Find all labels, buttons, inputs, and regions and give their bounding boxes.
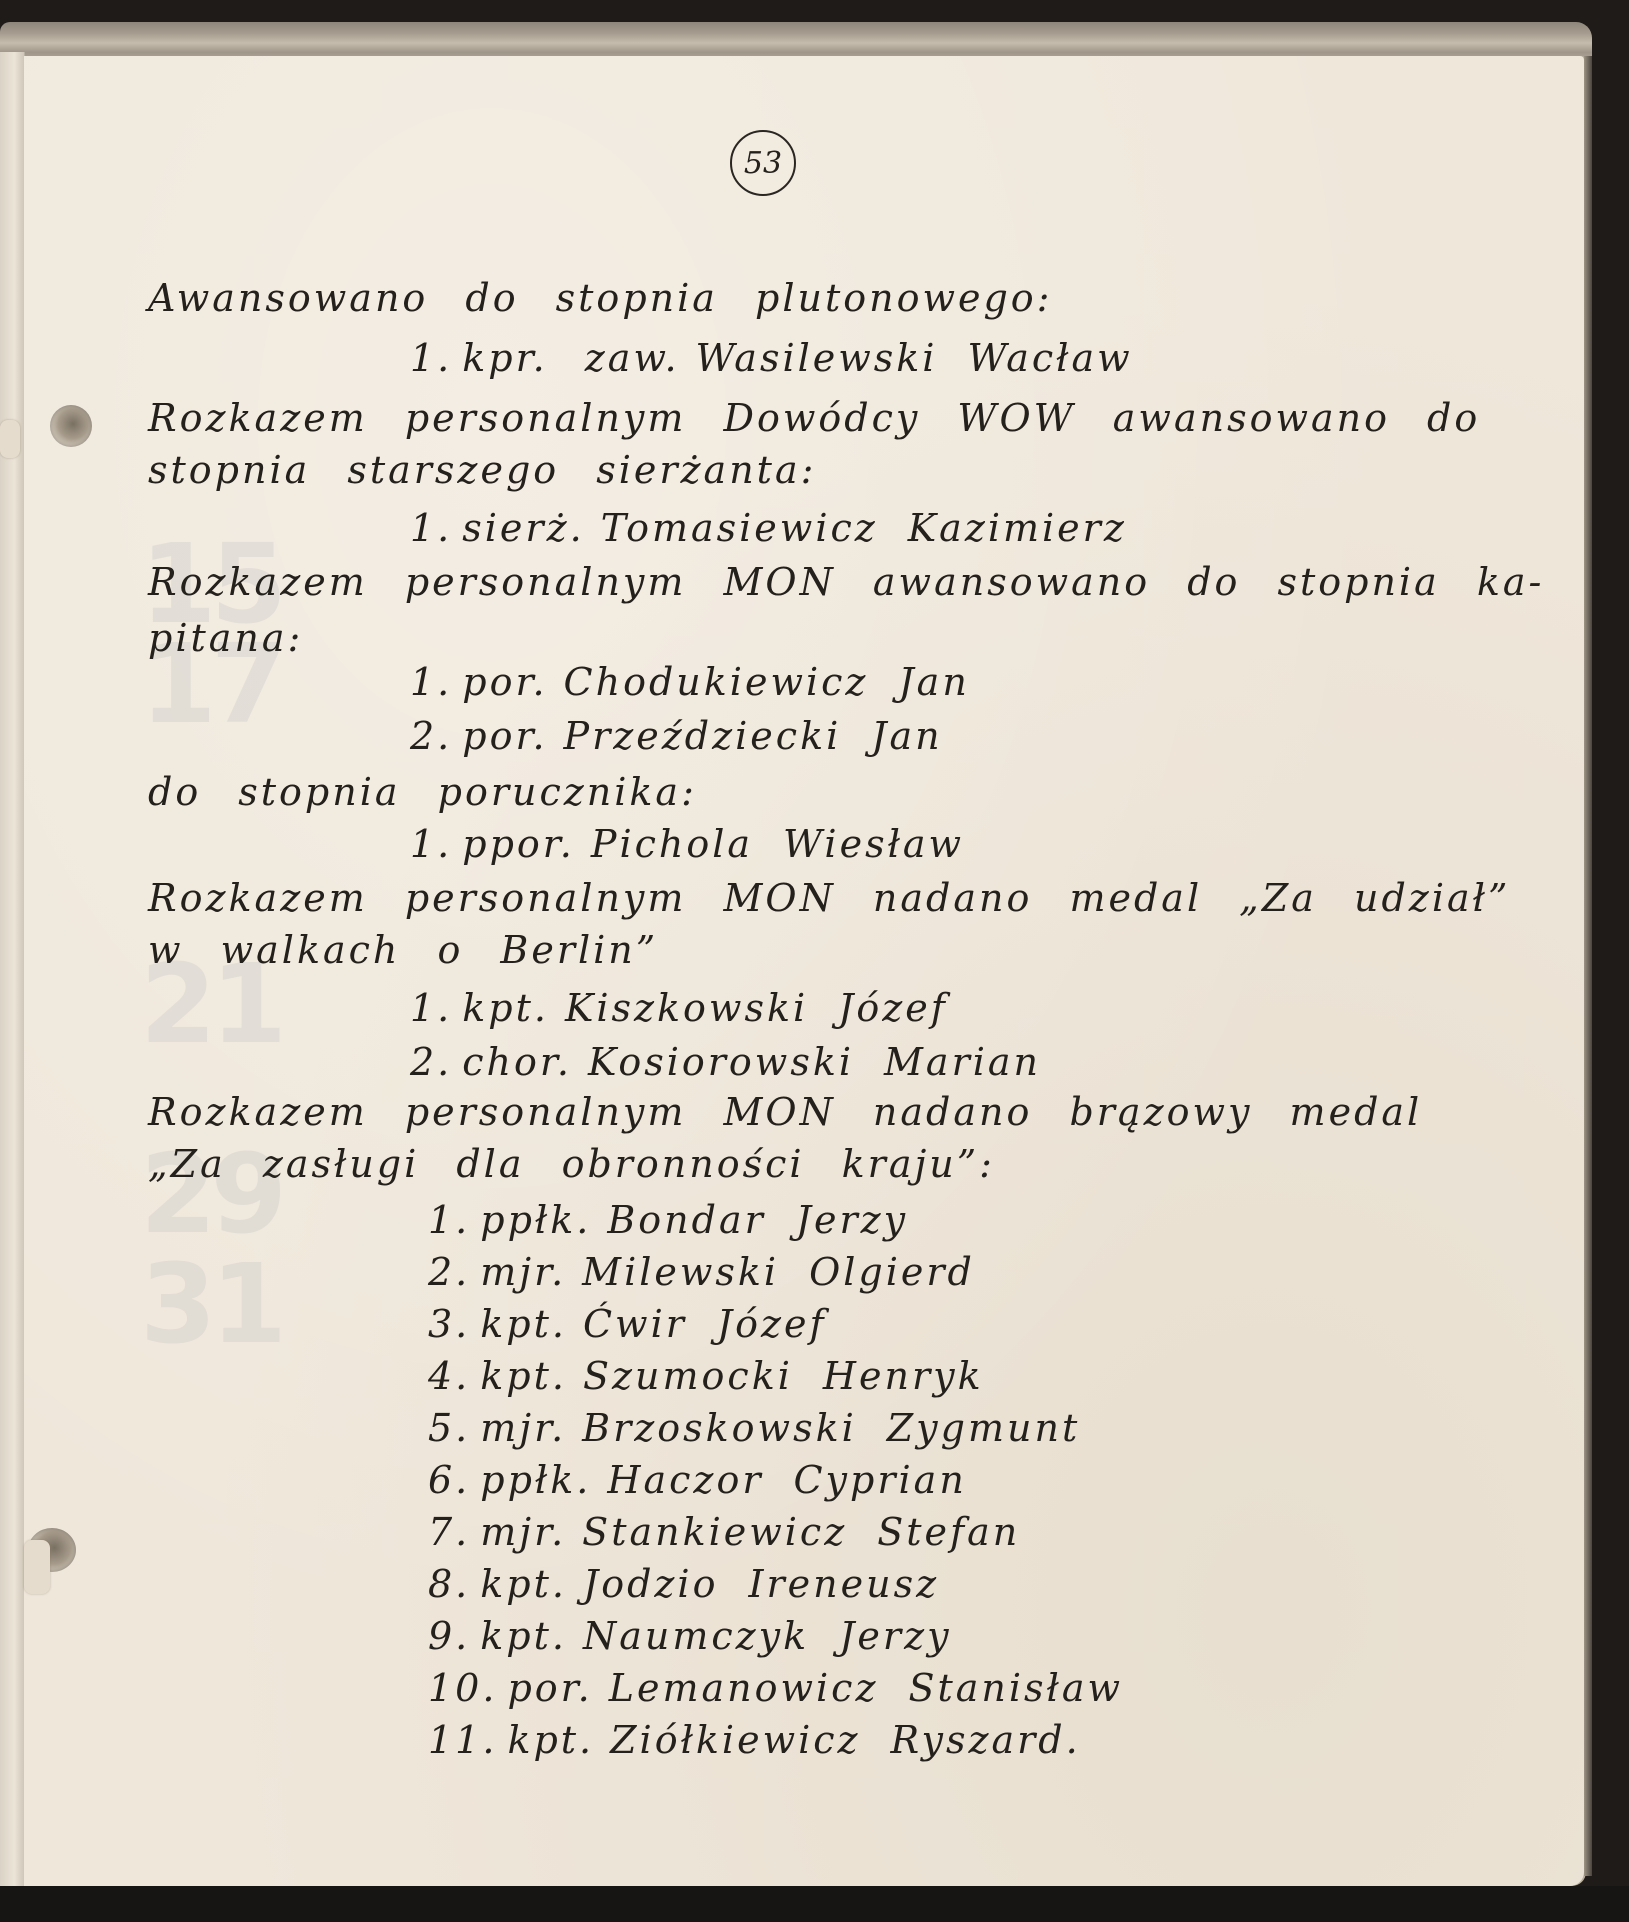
- entry-surname: Naumczyk: [583, 1614, 809, 1658]
- entry-surname: Milewski: [582, 1250, 779, 1294]
- entry-rank: por.: [462, 660, 547, 704]
- list-item: 1.sierż.TomasiewiczKazimierz: [410, 506, 1127, 550]
- entry-rank: sierż.: [462, 506, 584, 550]
- entry-number: 1.: [428, 1198, 470, 1242]
- entry-first-name: Jerzy: [796, 1198, 908, 1242]
- entry-surname: Brzoskowski: [582, 1406, 857, 1450]
- list-item: 4.kpt.SzumockiHenryk: [428, 1354, 984, 1398]
- list-item: 11.kpt.ZiółkiewiczRyszard.: [428, 1718, 1081, 1762]
- list-item: 1.por.ChodukiewiczJan: [410, 660, 970, 704]
- entry-surname: Wasilewski: [696, 336, 938, 380]
- entry-number: 1.: [410, 986, 452, 1030]
- entry-number: 11.: [428, 1718, 497, 1762]
- entry-first-name: Jerzy: [839, 1614, 951, 1658]
- entry-surname: Stankiewicz: [582, 1510, 847, 1554]
- entry-rank: mjr.: [480, 1406, 566, 1450]
- entry-number: 2.: [428, 1250, 470, 1294]
- entry-surname: Kiszkowski: [565, 986, 808, 1030]
- entry-surname: Bondar: [607, 1198, 765, 1242]
- list-item: 6.ppłk.HaczorCyprian: [428, 1458, 967, 1502]
- entry-surname: Ziółkiewicz: [610, 1718, 860, 1762]
- binding-hole-top: [50, 405, 92, 447]
- page-edge-shadow: [1584, 56, 1592, 1876]
- binding-thread: [0, 420, 20, 458]
- entry-rank: por.: [462, 714, 547, 758]
- entry-surname: Kosiorowski: [588, 1040, 854, 1084]
- entry-surname: Haczor: [607, 1458, 763, 1502]
- binding-strip: [0, 52, 25, 1922]
- list-item: 1.kpr. zaw.WasilewskiWacław: [410, 336, 1133, 380]
- section-heading-continued: „Za zasługi dla obronności kraju”:: [148, 1142, 995, 1186]
- entry-first-name: Wiesław: [783, 822, 964, 866]
- section-heading-continued: stopnia starszego sierżanta:: [148, 448, 816, 492]
- section-heading: Rozkazem personalnym Dowódcy WOW awansow…: [148, 396, 1480, 440]
- list-item: 10.por.LemanowiczStanisław: [428, 1666, 1123, 1710]
- entry-surname: Szumocki: [583, 1354, 793, 1398]
- list-item: 8.kpt.JodzioIreneusz: [428, 1562, 939, 1606]
- entry-rank: ppłk.: [480, 1458, 591, 1502]
- entry-first-name: Stefan: [877, 1510, 1020, 1554]
- entry-rank: kpt.: [480, 1302, 567, 1346]
- entry-first-name: Jan: [871, 714, 942, 758]
- entry-rank: ppor.: [462, 822, 575, 866]
- entry-number: 1.: [410, 660, 452, 704]
- entry-first-name: Stanisław: [908, 1666, 1123, 1710]
- list-item: 2.por.PrzeździeckiJan: [410, 714, 943, 758]
- entry-first-name: Cyprian: [793, 1458, 966, 1502]
- entry-number: 1.: [410, 822, 452, 866]
- entry-first-name: Henryk: [823, 1354, 984, 1398]
- entry-surname: Ćwir: [583, 1302, 687, 1346]
- entry-number: 5.: [428, 1406, 470, 1450]
- entry-surname: Chodukiewicz: [564, 660, 869, 704]
- entry-first-name: Marian: [884, 1040, 1041, 1084]
- section-heading-continued: w walkach o Berlin”: [148, 928, 658, 972]
- entry-number: 7.: [428, 1510, 470, 1554]
- entry-rank: por.: [507, 1666, 592, 1710]
- entry-number: 1.: [410, 506, 452, 550]
- entry-number: 2.: [410, 1040, 452, 1084]
- entry-first-name: Józef: [717, 1302, 827, 1346]
- entry-rank: mjr.: [480, 1250, 566, 1294]
- binding-thread: [24, 1540, 50, 1594]
- entry-first-name: Józef: [838, 986, 948, 1030]
- list-item: 3.kpt.ĆwirJózef: [428, 1302, 827, 1346]
- entry-first-name: Olgierd: [809, 1250, 975, 1294]
- list-item: 7.mjr.StankiewiczStefan: [428, 1510, 1020, 1554]
- entry-rank: kpt.: [480, 1614, 567, 1658]
- section-heading: do stopnia porucznika:: [148, 770, 697, 814]
- list-item: 5.mjr.BrzoskowskiZygmunt: [428, 1406, 1080, 1450]
- scanned-page-scene: 15 17 21 29 31 53 Awansowano do stopnia …: [0, 0, 1629, 1922]
- list-item: 2.chor.KosiorowskiMarian: [410, 1040, 1041, 1084]
- entry-number: 4.: [428, 1354, 470, 1398]
- entry-surname: Tomasiewicz: [601, 506, 878, 550]
- page-number-text: 53: [744, 146, 782, 181]
- entry-number: 8.: [428, 1562, 470, 1606]
- entry-number: 1.: [410, 336, 452, 380]
- entry-first-name: Wacław: [967, 336, 1132, 380]
- entry-number: 9.: [428, 1614, 470, 1658]
- entry-first-name: Zygmunt: [887, 1406, 1080, 1450]
- entry-rank: mjr.: [480, 1510, 566, 1554]
- list-item: 1.ppor.PicholaWiesław: [410, 822, 964, 866]
- entry-rank: kpt.: [462, 986, 549, 1030]
- section-heading: Rozkazem personalnym MON nadano brązowy …: [148, 1090, 1422, 1134]
- entry-first-name: Jan: [898, 660, 969, 704]
- entry-rank: kpt.: [507, 1718, 594, 1762]
- entry-number: 3.: [428, 1302, 470, 1346]
- list-item: 1.ppłk.BondarJerzy: [428, 1198, 908, 1242]
- entry-first-name: Ireneusz: [748, 1562, 939, 1606]
- entry-number: 2.: [410, 714, 452, 758]
- entry-surname: Lemanowicz: [609, 1666, 879, 1710]
- scan-background-bottom: [0, 1886, 1629, 1922]
- bleed-through-number: 31: [140, 1240, 281, 1368]
- section-heading: Rozkazem personalnym MON awansowano do s…: [148, 560, 1544, 604]
- entry-surname: Pichola: [591, 822, 753, 866]
- entry-rank: kpt.: [480, 1562, 567, 1606]
- list-item: 9.kpt.NaumczykJerzy: [428, 1614, 952, 1658]
- section-heading: Rozkazem personalnym MON nadano medal „Z…: [148, 876, 1510, 920]
- entry-number: 6.: [428, 1458, 470, 1502]
- entry-first-name: Ryszard.: [891, 1718, 1081, 1762]
- entry-surname: Przeździecki: [564, 714, 842, 758]
- section-heading: Awansowano do stopnia plutonowego:: [148, 276, 1052, 320]
- section-heading-continued: pitana:: [148, 616, 303, 660]
- entry-rank: chor.: [462, 1040, 572, 1084]
- list-item: 2.mjr.MilewskiOlgierd: [428, 1250, 975, 1294]
- entry-rank: ppłk.: [480, 1198, 591, 1242]
- entry-rank: kpt.: [480, 1354, 567, 1398]
- page-number: 53: [730, 130, 796, 196]
- entry-number: 10.: [428, 1666, 497, 1710]
- entry-rank: kpr. zaw.: [462, 336, 679, 380]
- entry-first-name: Kazimierz: [908, 506, 1127, 550]
- entry-surname: Jodzio: [583, 1562, 719, 1606]
- list-item: 1.kpt.KiszkowskiJózef: [410, 986, 948, 1030]
- page-stack-edges: [0, 22, 1592, 60]
